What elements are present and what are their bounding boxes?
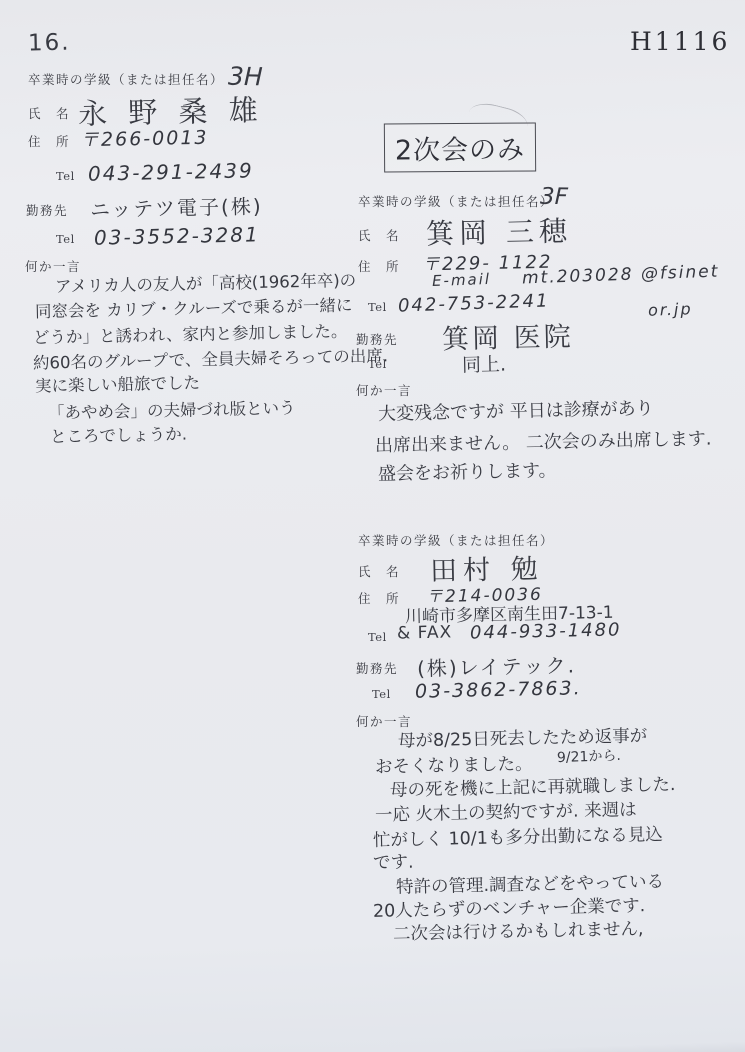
- entry2-work-tel-label: Tel: [368, 357, 387, 371]
- entry3-work-tel-value: 03-3862-7863.: [415, 677, 582, 702]
- entry2-comment-label: 何か一言: [356, 381, 412, 399]
- comment-line: 同窓会を カリブ・クルーズで乗るが一緒に: [35, 298, 353, 321]
- entry2-class-label: 卒業時の学級（または担任名）: [358, 192, 554, 210]
- comment-line: アメリカ人の友人が「高校(1962年卒)の: [55, 273, 356, 296]
- comment-line: おそくなりました。: [375, 756, 533, 777]
- document-code-stamp: H1116: [630, 27, 730, 56]
- entry2-name-label: 氏 名: [358, 226, 400, 244]
- entry3-tel-label: Tel: [368, 630, 387, 644]
- comment-line: 「あやめ会」の夫婦づれ版という: [48, 400, 296, 422]
- entry3-telfax-value: 044-933-1480: [470, 619, 622, 643]
- comment-line: 出席出来ません。 二次会のみ出席します.: [375, 430, 712, 455]
- stamp-text: 2次会のみ: [395, 128, 525, 168]
- comment-line: どうか」と誘われ、家内と参加しました。: [33, 324, 348, 347]
- entry1-workplace-value: ニッテツ電子(株): [90, 190, 263, 223]
- comment-line: 特許の管理.調査などをやっている: [396, 874, 664, 897]
- entry2-address-label: 住 所: [358, 257, 400, 275]
- page-number-handwritten: 16.: [28, 30, 71, 57]
- scanned-reply-form-page: 16. H1116 卒業時の学級（または担任名） 3H 氏 名 永 野 桑 雄 …: [0, 0, 745, 1052]
- comment-line: 大変残念ですが 平日は診療があり: [378, 400, 654, 424]
- comment-inserted-note: 9/21から.: [557, 749, 621, 765]
- comment-line: 約60名のグループで、全員夫婦そろっての出席.: [33, 348, 388, 372]
- entry2-email-label: E-mail: [432, 270, 492, 290]
- entry3-comment-label: 何か一言: [356, 712, 412, 730]
- entry1-postal-value: 〒266-0013: [80, 123, 209, 153]
- entry2-class-value: 3F: [540, 184, 568, 211]
- entry2-name-value: 箕岡 三穂: [426, 209, 573, 252]
- comment-line: 一応 火木土の契約ですが. 来週は: [375, 802, 637, 825]
- comment-line: 母の死を機に上記に再就職しました.: [390, 777, 676, 800]
- entry3-workplace-value: (株)レイテック.: [417, 649, 577, 681]
- entry3-fax-label: & FAX: [397, 622, 453, 643]
- second-party-only-stamp: 2次会のみ: [384, 122, 536, 172]
- comment-line: 実に楽しい船旅でした: [35, 375, 200, 395]
- entry2-tel-value: 042-753-2241: [398, 290, 550, 316]
- entry1-class-label: 卒業時の学級（または担任名）: [28, 70, 224, 88]
- entry1-tel-value: 043-291-2439: [88, 158, 254, 185]
- entry1-class-value: 3H: [228, 62, 263, 92]
- entry2-workplace-label: 勤務先: [356, 330, 398, 348]
- entry3-name-label: 氏 名: [358, 562, 400, 580]
- entry2-tel-label: Tel: [368, 300, 387, 314]
- entry1-name-label: 氏 名: [28, 104, 70, 122]
- entry1-workplace-label: 勤務先: [26, 201, 68, 219]
- entry3-address-label: 住 所: [358, 589, 400, 607]
- entry3-work-tel-label: Tel: [372, 687, 391, 701]
- entry2-email-value2: or.jp: [648, 299, 693, 320]
- entry1-tel-label: Tel: [56, 169, 75, 183]
- comment-line: ところでしょうか.: [50, 427, 187, 446]
- comment-line: 忙がしく 10/1も多分出勤になる見込: [373, 827, 663, 851]
- entry1-address-label: 住 所: [28, 132, 70, 150]
- entry1-work-tel-value: 03-3552-3281: [94, 222, 260, 249]
- comment-line: です.: [373, 855, 414, 873]
- comment-line: 二次会は行けるかもしれません,: [393, 921, 644, 944]
- comment-line: 20人たらずのベンチャー企業です.: [373, 898, 646, 921]
- entry2-work-tel-value: 同上.: [462, 350, 507, 378]
- entry1-comment-label: 何か一言: [25, 257, 81, 275]
- comment-line: 盛会をお祈りします。: [378, 462, 557, 484]
- entry1-work-tel-label: Tel: [56, 232, 75, 246]
- entry3-workplace-label: 勤務先: [356, 659, 398, 677]
